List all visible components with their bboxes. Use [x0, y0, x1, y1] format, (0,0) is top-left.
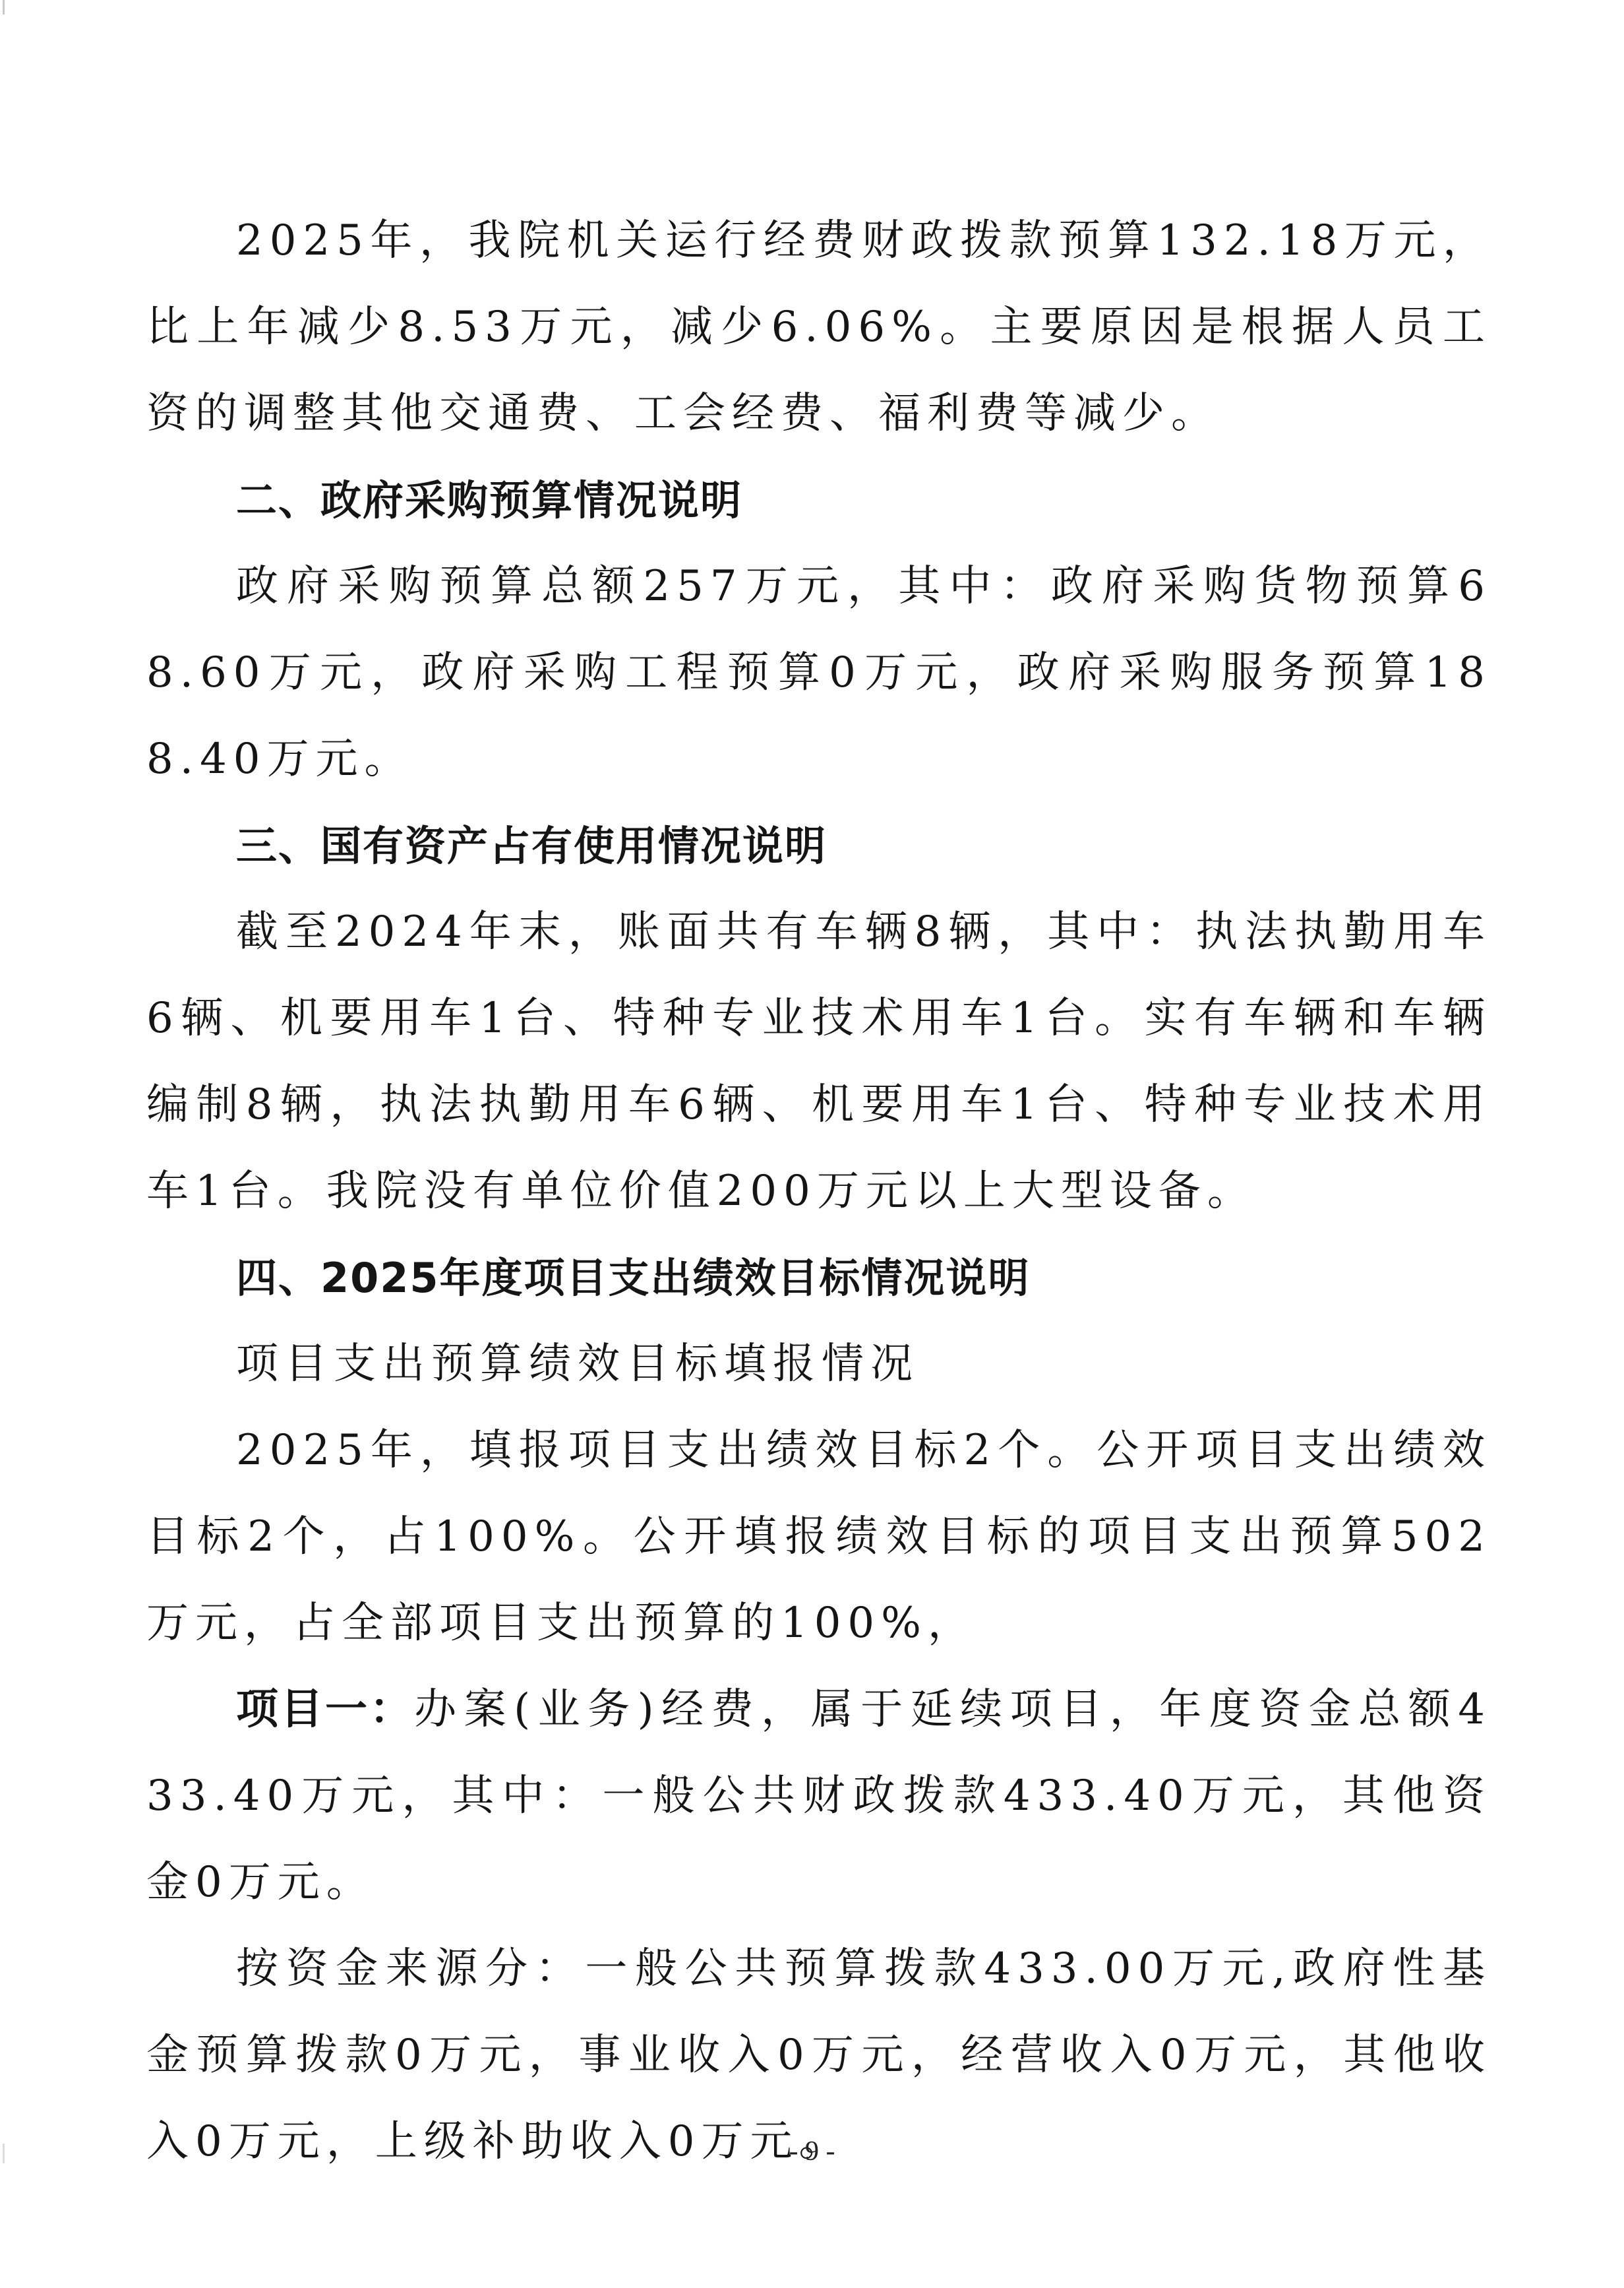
- heading-state-assets: 三、国有资产占有使用情况说明: [146, 803, 1491, 889]
- paragraph-goal-filing: 2025年，填报项目支出绩效目标2个。公开项目支出绩效目标2个，占100%。公开…: [146, 1407, 1491, 1667]
- paragraph-procurement-budget: 政府采购预算总额257万元，其中：政府采购货物预算68.60万元，政府采购工程预…: [146, 543, 1491, 803]
- heading-performance-goals: 四、2025年度项目支出绩效目标情况说明: [146, 1235, 1491, 1321]
- scan-artifact: [3, 0, 5, 15]
- paragraph-vehicles: 截至2024年末，账面共有车辆8辆，其中：执法执勤用车6辆、机要用车1台、特种专…: [146, 889, 1491, 1235]
- subheading-goal-filing: 项目支出预算绩效目标填报情况: [146, 1321, 1491, 1407]
- page-number: - 9 -: [0, 2136, 1624, 2167]
- heading-government-procurement: 二、政府采购预算情况说明: [146, 457, 1491, 543]
- project-one-label: 项目一：: [236, 1685, 414, 1734]
- paragraph-operating-expenses: 2025年，我院机关运行经费财政拨款预算132.18万元，比上年减少8.53万元…: [146, 198, 1491, 457]
- paragraph-project-one: 项目一：办案(业务)经费，属于延续项目，年度资金总额433.40万元，其中：一般…: [146, 1667, 1491, 1926]
- document-page: 2025年，我院机关运行经费财政拨款预算132.18万元，比上年减少8.53万元…: [146, 198, 1491, 2185]
